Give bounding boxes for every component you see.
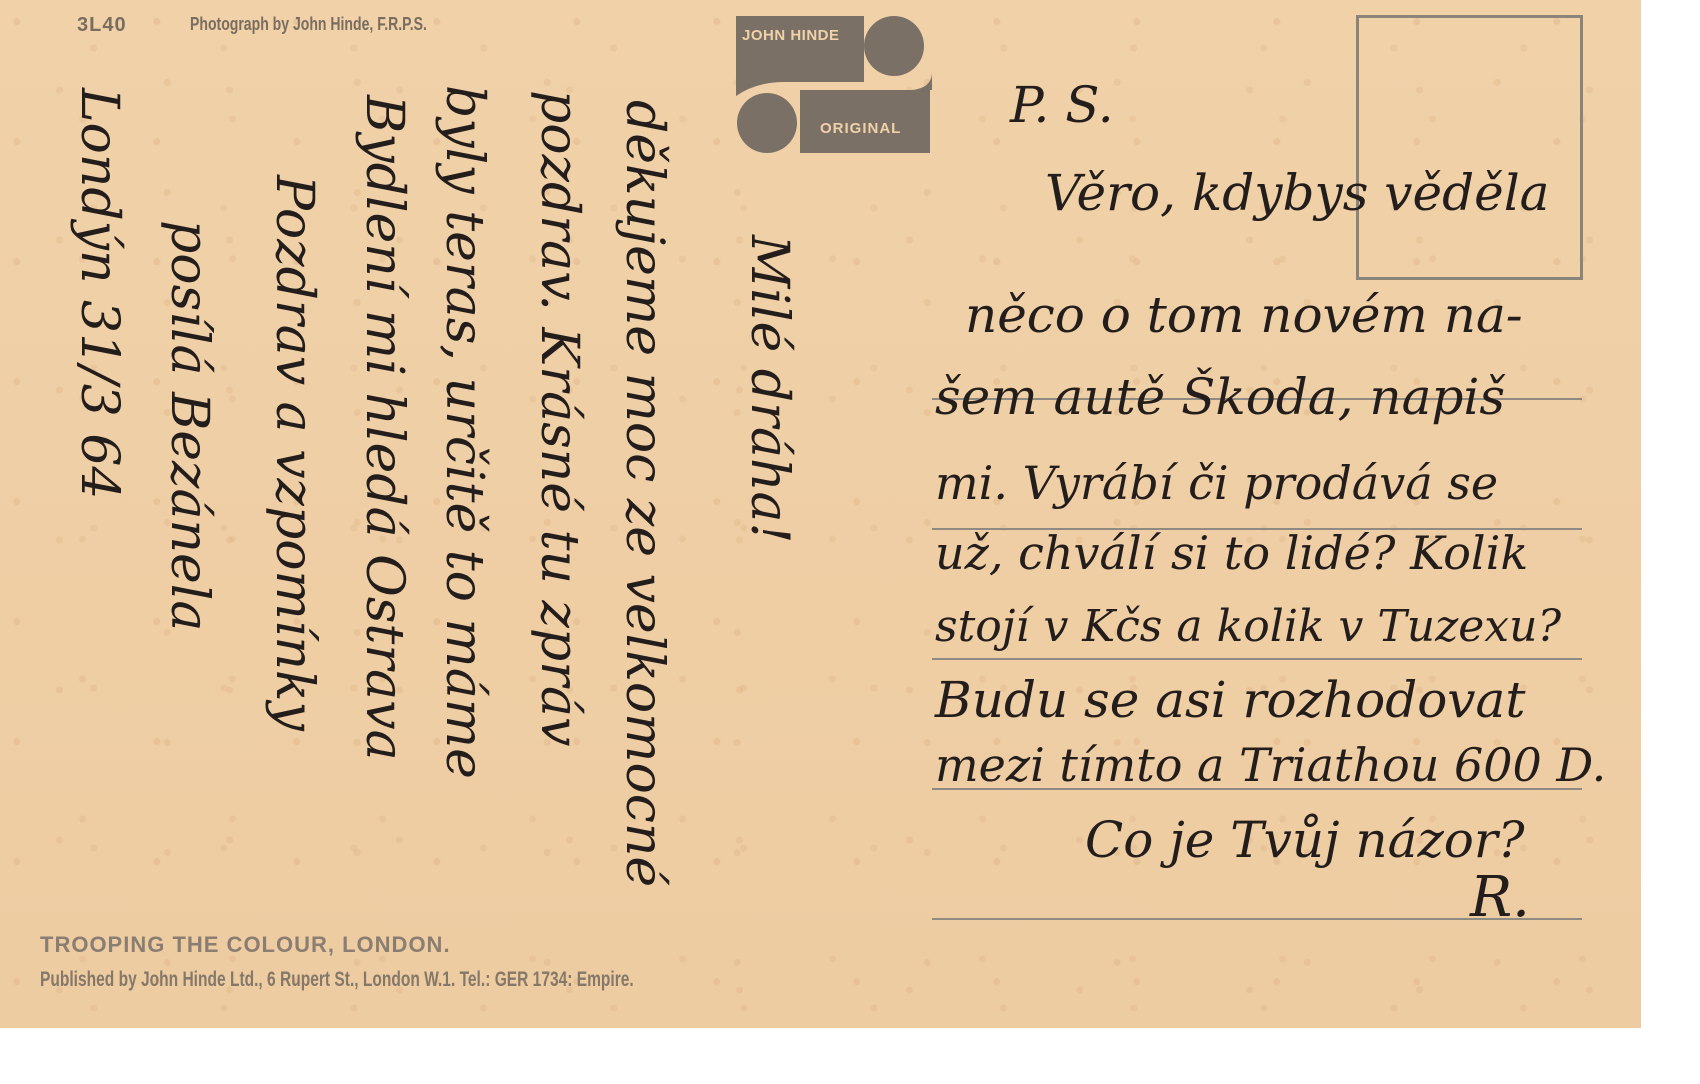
message-line: Co je Tvůj názor?: [1085, 815, 1525, 865]
rotated-message-column: Londýn 31/3 64: [73, 88, 125, 499]
message-line: něco o tom novém na-: [965, 290, 1523, 340]
card-title: TROOPING THE COLOUR, LONDON.: [40, 932, 451, 958]
message-line: šem autě Škoda, napiš: [935, 372, 1505, 422]
rotated-message-column: pozdrav. Krásné tu zpráv: [533, 90, 585, 746]
publisher-info: Published by John Hinde Ltd., 6 Rupert S…: [40, 968, 634, 992]
john-hinde-logo-icon: JOHN HINDE ORIGINAL: [736, 16, 932, 153]
card-code: 3L40: [77, 14, 127, 37]
address-line-3: [932, 658, 1582, 660]
message-line: už, chválí si to lidé? Kolik: [935, 530, 1528, 576]
photo-credit: Photograph by John Hinde, F.R.P.S.: [190, 14, 427, 35]
rotated-message-column: Pozdrav a vzpomínky: [268, 175, 320, 731]
signature: R.: [1470, 870, 1530, 926]
rotated-message-column: děkujeme moc ze velkomocné: [618, 100, 670, 887]
message-line: stojí v Kčs a kolik v Tuzexu?: [935, 605, 1561, 649]
rotated-message-column: Milé dráha!: [743, 235, 795, 543]
message-line: Budu se asi rozhodovat: [935, 675, 1525, 725]
message-line: Věro, kdybys věděla: [1045, 168, 1550, 218]
logo-bottom-text: ORIGINAL: [820, 120, 901, 137]
message-line: mezi tímto a Triathou 600 D.: [935, 742, 1606, 788]
rotated-message-column: posílá Bezánela: [163, 220, 215, 631]
logo-top-text: JOHN HINDE: [742, 27, 840, 44]
message-line: P. S.: [1010, 80, 1114, 130]
message-line: mi. Vyrábí či prodává se: [935, 460, 1498, 506]
postcard-back: 3L40 Photograph by John Hinde, F.R.P.S. …: [0, 0, 1641, 1028]
rotated-message-column: byly teras, určitě to máme: [438, 85, 490, 779]
stamp-box: [1356, 15, 1583, 280]
rotated-message-column: Bydlení mi hledá Ostrava: [358, 95, 410, 761]
